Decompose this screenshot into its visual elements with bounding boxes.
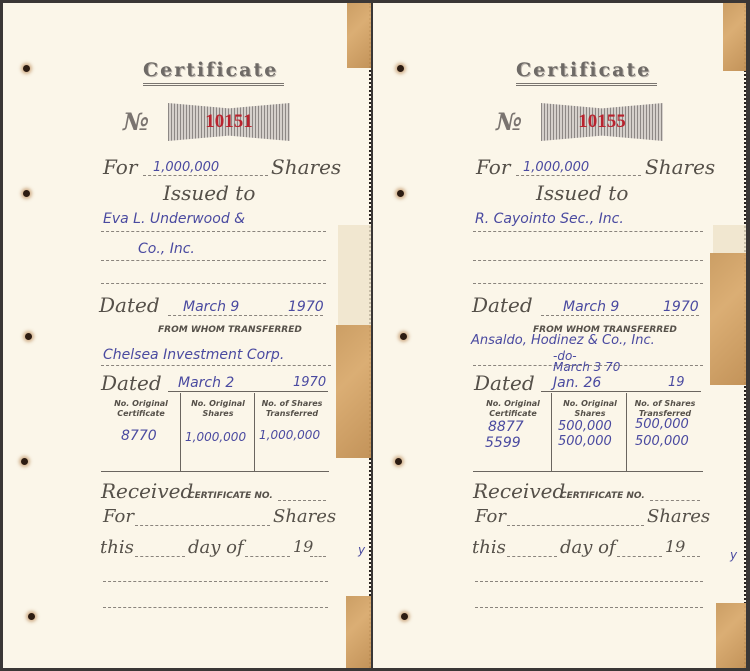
binder-hole [397, 190, 404, 197]
year-label: 19 [293, 537, 313, 556]
table-top-line [541, 391, 701, 392]
binder-hole [395, 458, 402, 465]
day-of-label: day of [560, 537, 616, 558]
binder-hole [21, 458, 28, 465]
dotted-line [101, 365, 331, 366]
dotted-line [541, 315, 699, 316]
table-divider [626, 393, 627, 471]
binder-hole [23, 65, 30, 72]
received-certificate-no-label: CERTIFICATE NO. [560, 491, 645, 501]
binder-hole [401, 613, 408, 620]
certificate-number: 10151 [168, 111, 290, 133]
dotted-line [101, 260, 326, 261]
dotted-line [617, 556, 662, 557]
issued-to-label: Issued to [163, 181, 255, 205]
dated-value: March 9 [563, 299, 619, 315]
dotted-line [650, 500, 700, 501]
received-for-label: For [475, 506, 506, 527]
dated-year: 1970 [663, 299, 699, 315]
tape-strip [716, 603, 746, 668]
number-sign-icon: № [496, 107, 522, 136]
this-label: this [100, 537, 134, 558]
dotted-line [101, 231, 326, 232]
day-of-label: day of [188, 537, 244, 558]
row-1-certificate: 8877 [488, 419, 524, 435]
table-divider [551, 393, 552, 471]
row-2-certificate: 5599 [485, 435, 521, 451]
dotted-line [143, 175, 268, 176]
dotted-line [507, 525, 644, 526]
col-original-certificate: No. Original Certificate [477, 399, 549, 419]
signature-line [475, 581, 703, 582]
binder-hole [23, 190, 30, 197]
col-original-certificate: No. Original Certificate [105, 399, 177, 419]
table-bottom-line [473, 471, 703, 472]
row-original-shares: 1,000,000 [185, 430, 246, 444]
tape-strip [713, 225, 746, 255]
issued-to-line-2: Co., Inc. [138, 241, 195, 257]
dotted-line [310, 556, 326, 557]
binder-hole [28, 613, 35, 620]
dotted-line [278, 500, 326, 501]
received-for-label: For [103, 506, 134, 527]
certificate-title: Certificate [143, 59, 278, 81]
dotted-line [135, 556, 185, 557]
dated-label: Dated [99, 293, 160, 317]
dotted-line [682, 556, 700, 557]
row-2-original-shares: 500,000 [558, 434, 612, 449]
tape-strip [710, 253, 746, 385]
tape-strip [723, 3, 746, 71]
dated-year: 1970 [288, 299, 324, 315]
signature-line [475, 607, 703, 608]
received-label: Received [473, 479, 565, 503]
table-divider [254, 393, 255, 471]
this-label: this [472, 537, 506, 558]
dated-label: Dated [472, 293, 533, 317]
shares-amount: 1,000,000 [153, 160, 219, 175]
dated-value: March 9 [183, 299, 239, 315]
certificate-stub-10155: Certificate № 10155 For 1,000,000 Shares… [373, 3, 746, 668]
received-shares-label: Shares [273, 506, 336, 527]
shares-label: Shares [645, 155, 715, 179]
dotted-line [507, 556, 557, 557]
received-shares-label: Shares [647, 506, 710, 527]
dotted-line [168, 315, 323, 316]
table-bottom-line [101, 471, 329, 472]
shares-amount: 1,000,000 [523, 160, 589, 175]
issued-to-line-1: Eva L. Underwood & [103, 211, 245, 227]
shares-label: Shares [271, 155, 341, 179]
dated-2-value: Jan. 26 [553, 375, 601, 391]
margin-mark: y [730, 548, 737, 562]
dotted-line [245, 556, 290, 557]
dotted-line [473, 283, 703, 284]
col-shares-transferred: No. of Shares Transferred [256, 399, 328, 419]
certificate-number: 10155 [541, 111, 663, 133]
row-2-transferred: 500,000 [635, 434, 689, 449]
tape-strip [347, 3, 371, 68]
table-top-line [168, 391, 328, 392]
dotted-line [516, 175, 641, 176]
certificate-stub-10151: Certificate № 10151 For 1,000,000 Shares… [3, 3, 371, 668]
row-1-transferred: 500,000 [635, 417, 689, 432]
dated-2-extra: March 3 70 [553, 360, 620, 374]
dated-2-label: Dated [474, 371, 535, 395]
certificate-title: Certificate [516, 59, 651, 81]
col-original-shares: No. Original Shares [554, 399, 626, 419]
received-certificate-no-label: CERTIFICATE NO. [188, 491, 273, 501]
number-banner: 10155 [541, 103, 663, 141]
from-whom-label: FROM WHOM TRANSFERRED [158, 325, 302, 335]
binder-hole [25, 333, 32, 340]
dated-2-year: 19 [668, 375, 685, 390]
row-1-original-shares: 500,000 [558, 419, 612, 434]
for-label: For [103, 155, 137, 179]
dated-2-year: 1970 [293, 375, 326, 390]
from-whom-value: Chelsea Investment Corp. [103, 347, 284, 363]
tape-strip [338, 225, 371, 325]
binder-hole [400, 333, 407, 340]
dated-2-value: March 2 [178, 375, 234, 391]
row-certificate: 8770 [121, 428, 157, 444]
for-label: For [476, 155, 510, 179]
row-transferred: 1,000,000 [259, 428, 320, 442]
tape-strip [346, 596, 371, 668]
dotted-line [101, 283, 326, 284]
number-sign-icon: № [123, 107, 149, 136]
issued-to-line-1: R. Cayointo Sec., Inc. [475, 211, 624, 227]
number-banner: 10151 [168, 103, 290, 141]
dotted-line [473, 260, 703, 261]
received-label: Received [101, 479, 193, 503]
dotted-line [135, 525, 270, 526]
binder-hole [397, 65, 404, 72]
tape-strip [336, 325, 371, 458]
issued-to-label: Issued to [536, 181, 628, 205]
dotted-line [473, 231, 703, 232]
signature-line [103, 607, 328, 608]
from-whom-value: Ansaldo, Hodinez & Co., Inc. [471, 333, 655, 348]
year-label: 19 [665, 537, 685, 556]
signature-line [103, 581, 328, 582]
col-shares-transferred: No. of Shares Transferred [629, 399, 701, 419]
col-original-shares: No. Original Shares [183, 399, 253, 419]
dated-2-label: Dated [101, 371, 162, 395]
margin-mark: y [358, 543, 365, 557]
table-divider [180, 393, 181, 471]
